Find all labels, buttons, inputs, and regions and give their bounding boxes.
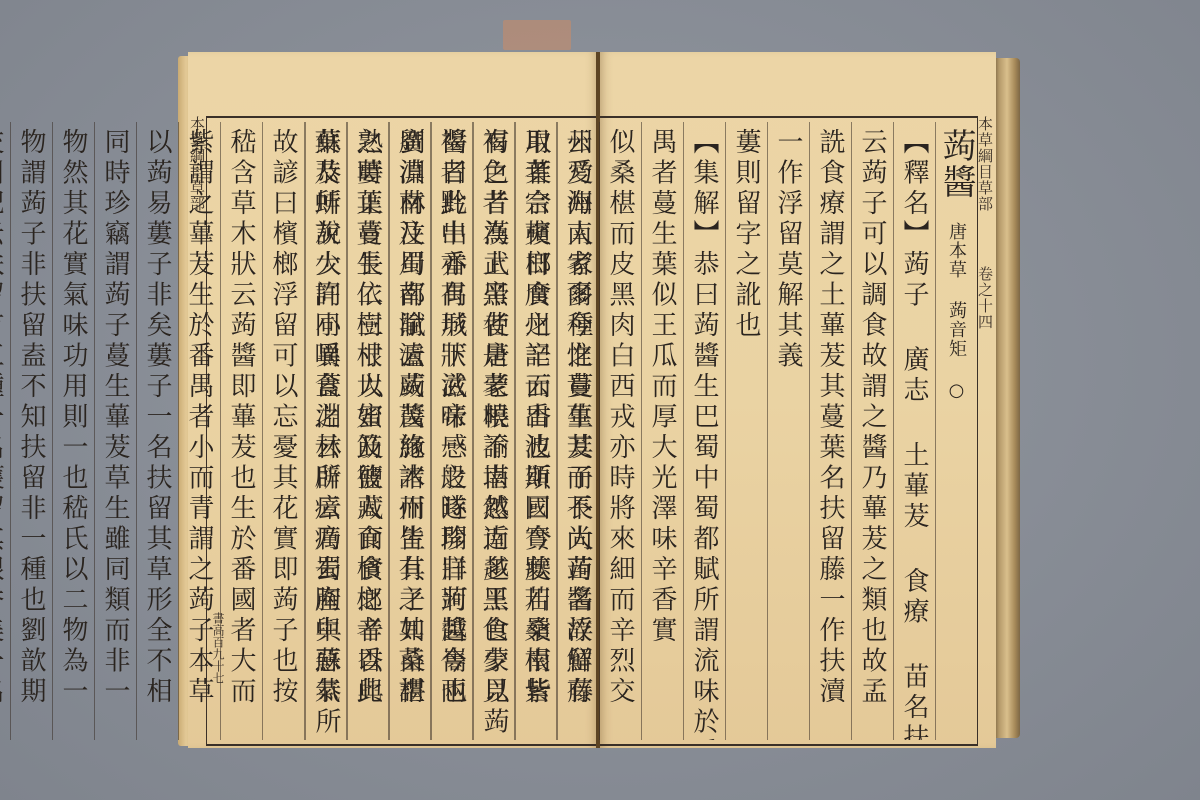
- right-margin-volume: 卷之十四: [976, 266, 994, 330]
- right-page-text-column: 蔞則留字之訛也: [725, 122, 767, 740]
- right-page-text-column: 【集解】恭曰蒟醬生巴蜀中蜀都賦所謂流味於番: [683, 122, 725, 740]
- right-page-text-column: 蘇恭所說大同小異蓋淵林所云乃蜀產與蘇恭所: [305, 122, 347, 740]
- right-page-text-column: 似桑椹而皮黑肉白西戎亦時將來細而辛烈交: [599, 122, 641, 740]
- right-page-text-column: 取葉合檳榔食之辛而香也頌曰今夔川嶺南皆: [515, 122, 557, 740]
- left-page-text-column: 物然其花實氣味功用則一也嵇氏以二物為一: [52, 122, 94, 740]
- right-page-text-column: 一作浮留莫解其義: [767, 122, 809, 740]
- open-book: 本草綱目草部 云乃海南者爾今惟貴蓽茇而不尚蒟醬故鮮有用者宗奭曰廣州記云出波斯國實…: [178, 52, 1020, 752]
- right-columns: 蒟醬 唐本草 蒟音矩 ○【釋名】蒟子 廣志 土蓽茇 食療 苗名扶惡 土蓽藤 時珍…: [600, 122, 977, 740]
- left-page-text-column: 同時珍竊謂蒟子蔓生蓽茇草生雖同類而非一: [94, 122, 136, 740]
- red-seal-stamp: [503, 20, 571, 50]
- title-annotation: 唐本草 蒟音矩 ○: [946, 200, 967, 402]
- right-page-text-column: 劉淵林注蜀都賦云蒟醬緣木而生其子如桑椹: [389, 122, 431, 740]
- right-text-frame: 蒟醬 唐本草 蒟音矩 ○【釋名】蒟子 廣志 土蓽茇 食療 苗名扶惡 土蓽藤 時珍…: [600, 116, 978, 746]
- right-page-text-column: 有之昔漢武帝使唐蒙曉諭南越南越王食蒙以蒟: [473, 122, 515, 740]
- right-page-text-column: 熟時正青長二三寸以蜜及鹽藏而食之辛香與: [347, 122, 389, 740]
- right-margin-title: 本草綱目草部 卷之十四: [976, 116, 996, 742]
- right-page-text-column: 詵食療謂之土蓽茇其蔓葉名扶留藤一作扶瀆: [809, 122, 851, 740]
- left-page-text-column: 交州記云扶留有三種一名穫留其根香美一名: [0, 122, 10, 740]
- right-page-text-column: 蒟醬 唐本草 蒟音矩 ○: [935, 122, 977, 740]
- right-page-text-column: 州愛州人家多種之蔓生其子長大苗名浮留藤: [557, 122, 599, 740]
- right-page-text-column: 【釋名】蒟子 廣志 土蓽茇 食療 苗名扶惡 土蓽藤 時珍曰: [893, 122, 935, 740]
- right-margin-book-title: 本草綱目草部: [976, 116, 994, 212]
- left-page-text-column: 故諺曰檳榔浮留可以忘憂其花實即蒟子也按: [262, 122, 304, 740]
- right-page-edges: [994, 58, 1020, 738]
- right-page-text-column: 云蒟子可以調食故謂之醬乃蓽茇之類也故孟: [851, 122, 893, 740]
- right-page-text-column: 醬曰此出番禺城下武帝感之遂開牂牁越巂也: [431, 122, 473, 740]
- right-page-text-column: 禺者蔓生葉似王瓜而厚大光澤味辛香實: [641, 122, 683, 740]
- left-folio-footer: 書高百九十七: [210, 612, 227, 684]
- left-page-text-column: 物謂蒟子非扶留盍不知扶留非一種也劉歆期: [10, 122, 52, 740]
- right-page: 蒟醬 唐本草 蒟音矩 ○【釋名】蒟子 廣志 土蓽茇 食療 苗名扶惡 土蓽藤 時珍…: [600, 52, 996, 748]
- left-page-text-column: 以蒟易蔞子非矣蔞子一名扶留其草形全不相: [136, 122, 178, 740]
